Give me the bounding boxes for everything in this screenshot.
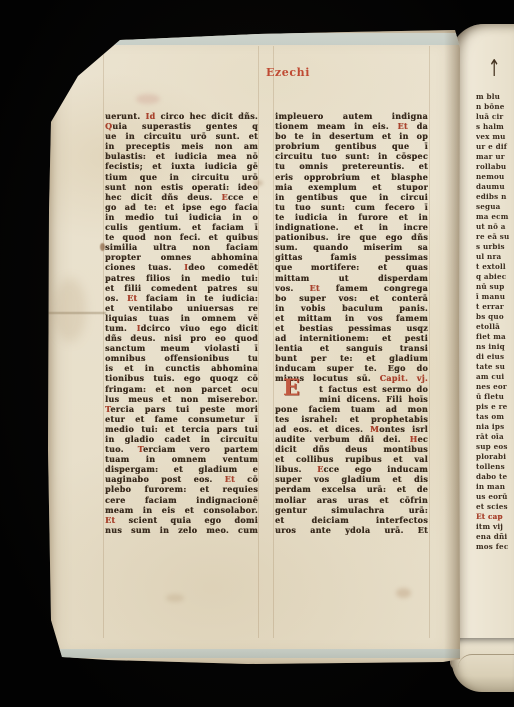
text-segment: cce e [228, 192, 258, 202]
text-segment: circuitu tuo sunt: in cōspec [275, 151, 428, 161]
text-segment: itm vij [476, 522, 503, 531]
text-segment: mini dicens. Fili hoīs [319, 394, 428, 404]
text-line: nes eor [476, 382, 514, 392]
text-line: mia exemplum et stupor [275, 182, 428, 192]
margin-pointer-mark: ↑ [488, 48, 504, 88]
text-segment: te iudicia in furore et in [275, 212, 428, 222]
text-segment: propter omnes abhomina [105, 252, 258, 262]
text-segment: q abiec [476, 272, 506, 281]
text-line: in medio tui iudicia in o [105, 212, 258, 222]
text-segment: mos fec [476, 542, 508, 551]
text-line: ena dñi [476, 532, 514, 542]
text-line: s urbis [476, 242, 514, 252]
text-line: patres filios in medio tui: [105, 273, 258, 283]
text-line: edibs n [476, 192, 514, 202]
text-line: dispergam: et gladium e [105, 464, 258, 474]
text-segment: et ventilabo uniuersas re [105, 303, 258, 313]
text-segment: tionem meam in eis. [275, 121, 398, 131]
stain [396, 588, 411, 598]
text-segment: in gentibus que in circui [275, 192, 428, 202]
text-line: luā cir [476, 112, 514, 122]
text-segment: culis gentium. et faciam ī [105, 222, 258, 232]
text-line: moliar aras uras et cōfrin [275, 495, 428, 505]
text-line: tu tuo sunt: cum fecero ī [275, 202, 428, 212]
text-segment: audite verbum dñi dei. [275, 434, 410, 444]
text-line: te quod non feci. et quibus [105, 232, 258, 242]
text-line: super vos gladium et dis [275, 474, 428, 484]
text-segment: in vobis baculum panis. [275, 303, 428, 313]
text-line: pis e re [476, 402, 514, 412]
text-line: omnibus offensionibus tu [105, 353, 258, 363]
text-segment: fringam: et non parcet ocu [105, 384, 258, 394]
text-line: impleuero autem indigna [275, 111, 428, 121]
text-segment: ī manu [476, 292, 505, 301]
text-line: vos. Et famem congrega [275, 283, 428, 293]
text-line: lus meus et non miserebor. [105, 394, 258, 404]
text-segment: Et [127, 293, 137, 303]
text-line: tu omnis pretereuntis. et [275, 161, 428, 171]
text-line: nemou [476, 172, 514, 182]
text-segment: tum. [105, 323, 137, 333]
text-line: t errar [476, 302, 514, 312]
text-segment: et filii comedent patres su [105, 283, 258, 293]
text-line: re eā su [476, 232, 514, 242]
text-line: rollabu [476, 162, 514, 172]
text-line: plorabi [476, 452, 514, 462]
text-segment: ma ecm [476, 212, 509, 221]
text-segment: nes eor [476, 382, 507, 391]
text-line: n bōne [476, 102, 514, 112]
text-line: bunt per te: et gladium [275, 353, 428, 363]
text-line: ut nō a [476, 222, 514, 232]
text-line: nus sum in zelo meo. cum [105, 525, 258, 535]
text-segment: etur et fame consumetur ī [105, 414, 258, 424]
text-segment: plebo furorem: et requies [105, 484, 258, 494]
text-line: libus. Ecce ego inducam [275, 464, 428, 474]
text-line: itm vij [476, 522, 514, 532]
text-line: tes israhel: et prophetabis [275, 414, 428, 424]
text-segment: fiet ma [476, 332, 506, 341]
text-segment: pis e re [476, 402, 507, 411]
text-line: mittam ut disperdam [275, 273, 428, 283]
text-segment: da [408, 121, 428, 131]
text-line: us eorū [476, 492, 514, 502]
text-segment: ontes isrl [379, 424, 428, 434]
text-line: que mortifere: et quas [275, 262, 428, 272]
text-segment: famem congrega [320, 283, 428, 293]
text-line: ī manu [476, 292, 514, 302]
ruling-line [103, 46, 104, 638]
text-line: eris opprobrium et blasphe [275, 172, 428, 182]
text-line: m blu [476, 92, 514, 102]
text-line: probrium gentibus que ī [275, 141, 428, 151]
text-segment: dabo te [476, 472, 507, 481]
text-segment: cce ego inducam [323, 464, 428, 474]
text-segment: rāt oīa [476, 432, 504, 441]
text-segment: t errar [476, 302, 504, 311]
text-segment: ut nō a [476, 222, 506, 231]
text-segment: os. [105, 293, 127, 303]
text-segment: s urbis [476, 242, 505, 251]
stain [166, 594, 184, 602]
text-segment: tu omnis pretereuntis. et [275, 161, 428, 171]
text-segment: nemou [476, 172, 504, 181]
text-line: dicit dñs deus montibus [275, 444, 428, 454]
text-line: culis gentium. et faciam ī [105, 222, 258, 232]
fold-crease [48, 312, 106, 314]
text-segment: tate su [476, 362, 505, 371]
text-line: ma ecm [476, 212, 514, 222]
text-segment: daumu [476, 182, 505, 191]
text-line: ns iniq [476, 342, 514, 352]
text-line: hec dicit dñs deus. Ecce e [105, 192, 258, 202]
text-segment: mittam ut disperdam [275, 273, 428, 283]
text-line: medio tui: et tercia pars tui [105, 424, 258, 434]
text-segment: etollā [476, 322, 500, 331]
text-segment: ciones tuas. [105, 262, 184, 272]
text-segment: uia superastis gentes q [112, 121, 258, 131]
text-segment: pone faciem tuam ad mon [275, 404, 428, 414]
text-line: propter omnes abhomina [105, 252, 258, 262]
text-segment: medio tui: et tercia pars tui [105, 424, 258, 434]
text-line: mar ur [476, 152, 514, 162]
text-segment: super vos gladium et dis [275, 474, 428, 484]
text-segment: M [370, 424, 379, 434]
text-line: tollens [476, 462, 514, 472]
text-segment: ul nra [476, 252, 501, 261]
text-line: is et in cunctis abhomina [105, 363, 258, 373]
text-segment: omnibus offensionibus tu [105, 353, 258, 363]
text-line: tium que in circuitu urō [105, 172, 258, 182]
text-line: daumu [476, 182, 514, 192]
text-line: nia ips [476, 422, 514, 432]
text-line: bs quo [476, 312, 514, 322]
text-column-left: uerunt. Id circo hec dicit dñs.Quia supe… [105, 111, 258, 535]
page-curl [452, 638, 514, 692]
text-segment: ue in circuitu urō sunt. et [105, 131, 258, 141]
text-line: tuo. Terciam vero partem [105, 444, 258, 454]
text-line: in gladio cadet in circuitu [105, 434, 258, 444]
text-segment: t extoll [476, 262, 506, 271]
text-line: in vobis baculum panis. [275, 303, 428, 313]
text-segment: et collibus rupibus et val [275, 454, 428, 464]
text-line: circuitu tuo sunt: in cōspec [275, 151, 428, 161]
text-segment: lentia et sanguis transi [275, 343, 428, 353]
text-segment: et mittam in vos famem [275, 313, 428, 323]
text-segment: go ad te: et ipse ego facia [105, 202, 258, 212]
text-segment: eris opprobrium et blasphe [275, 172, 428, 182]
text-segment: similia ultra non faciam [105, 242, 258, 252]
text-line: perdam excelsa urā: et de [275, 484, 428, 494]
text-line: tate su [476, 362, 514, 372]
text-segment: di eius [476, 352, 504, 361]
text-segment: Et cap [476, 512, 503, 521]
text-line: tum. Idcirco viuo ego dicit [105, 323, 258, 333]
text-line: fiet ma [476, 332, 514, 342]
text-line: et collibus rupibus et val [275, 454, 428, 464]
text-segment: ad eos. et dices. [275, 424, 370, 434]
text-segment: uaginabo post eos. [105, 474, 225, 484]
text-segment: circo hec dicit dñs. [155, 111, 258, 121]
text-line: plebo furorem: et requies [105, 484, 258, 494]
text-line: tionem meam in eis. Et da [275, 121, 428, 131]
text-segment: in gladio cadet in circuitu [105, 434, 258, 444]
text-segment: vos. [275, 283, 309, 293]
text-line: et ventilabo uniuersas re [105, 303, 258, 313]
text-segment: scient quia ego domi [115, 515, 258, 525]
text-segment: patres filios in medio tui: [105, 273, 258, 283]
text-line: et scies [476, 502, 514, 512]
text-segment: ur e dif [476, 142, 507, 151]
text-line: tuam in omnem ventum [105, 454, 258, 464]
text-line: am cui [476, 372, 514, 382]
text-line: pationibus. ire que ego dñs [275, 232, 428, 242]
text-line: ad eos. et dices. Montes isrl [275, 424, 428, 434]
text-segment: Et [105, 515, 115, 525]
text-line: go ad te: et ipse ego facia [105, 202, 258, 212]
text-segment: Capit. vj. [380, 373, 428, 383]
text-segment: tionibus tuis. ego quoqz cō [105, 373, 258, 383]
text-segment: Id [145, 111, 155, 121]
text-segment: sunt non estis operati: ideo [105, 182, 258, 192]
text-segment: et deiciam interfectos [275, 515, 428, 525]
text-segment: edibs n [476, 192, 507, 201]
text-line: q abiec [476, 272, 514, 282]
text-segment: liquias tuas in omnem vē [105, 313, 258, 323]
text-segment: re eā su [476, 232, 509, 241]
chapter-initial: E [283, 378, 319, 399]
text-line: Et cap [476, 512, 514, 522]
text-line: sunt non estis operati: ideo [105, 182, 258, 192]
text-line: ul nra [476, 252, 514, 262]
text-segment: que mortifere: et quas [275, 262, 428, 272]
text-line: Et scient quia ego domi [105, 515, 258, 525]
text-segment: in medio tui iudicia in o [105, 212, 258, 222]
text-line: mos fec [476, 542, 514, 552]
text-line: liquias tuas in omnem vē [105, 313, 258, 323]
text-column-right: E impleuero autem indignationem meam in … [275, 111, 428, 535]
text-segment: deo comedēt [188, 262, 258, 272]
text-segment: sanctum meum violasti ī [105, 343, 258, 353]
text-line: Quia superastis gentes q [105, 121, 258, 131]
text-segment: bulastis: et iudicia mea nō [105, 151, 258, 161]
text-line: fecistis; et iuxta iudicia gē [105, 161, 258, 171]
text-segment: et bestias pessimas usqz [275, 323, 428, 333]
text-segment: Et [225, 474, 235, 484]
text-line: dñs deus. nisi pro eo quod [105, 333, 258, 343]
page-top-edge [94, 33, 460, 45]
text-line: fringam: et non parcet ocu [105, 384, 258, 394]
text-line: ū fletu [476, 392, 514, 402]
text-line: uaginabo post eos. Et cō [105, 474, 258, 484]
text-line: s halm [476, 122, 514, 132]
text-segment: m blu [476, 92, 500, 101]
text-line: cere faciam indignacionē [105, 495, 258, 505]
running-title: Ezechi [244, 66, 332, 80]
text-segment: sum. quando miserim sa [275, 242, 428, 252]
text-line: ciones tuas. Ideo comedēt [105, 262, 258, 272]
text-line: gentur simulachra urā: [275, 505, 428, 515]
text-line: tionibus tuis. ego quoqz cō [105, 373, 258, 383]
manuscript-page: Ezechi uerunt. Id circo hec dicit dñs.Qu… [48, 30, 460, 664]
text-line: audite verbum dñi dei. Hec [275, 434, 428, 444]
text-segment: gentur simulachra urā: [275, 505, 428, 515]
text-line: os. Et faciam in te iudicia: [105, 293, 258, 303]
text-segment: t factus est sermo do [319, 384, 428, 394]
text-segment: ad internitionem: et pesti [275, 333, 428, 343]
text-segment: uros ante ydola urā. Et [275, 525, 428, 535]
text-segment: fecistis; et iuxta iudicia gē [105, 161, 258, 171]
text-segment: Et [309, 283, 319, 293]
next-page-text-fragments: m blun bōneluā cirs halmvex muur e difma… [476, 92, 514, 588]
text-segment: dispergam: et gladium e [105, 464, 258, 474]
text-segment: inducam super te. Ego do [275, 363, 428, 373]
text-line: indignatione. et in incre [275, 222, 428, 232]
page-curl-edge-line [458, 654, 514, 677]
text-segment: ercia pars tui peste mori [110, 404, 258, 414]
text-segment: bo super vos: et conterā [275, 293, 428, 303]
text-segment: erciam vero partem [143, 444, 258, 454]
page-bottom-edge [56, 649, 460, 658]
text-line: sanctum meum violasti ī [105, 343, 258, 353]
text-line: bo super vos: et conterā [275, 293, 428, 303]
text-segment: bunt per te: et gladium [275, 353, 428, 363]
text-segment: rollabu [476, 162, 506, 171]
text-line: lentia et sanguis transi [275, 343, 428, 353]
text-line: gittas famis pessimas [275, 252, 428, 262]
text-segment: faciam in te iudicia: [137, 293, 258, 303]
text-segment: et scies [476, 502, 508, 511]
text-line: meam in eis et consolabor. [105, 505, 258, 515]
text-segment: ū fletu [476, 392, 504, 401]
text-line: Tercia pars tui peste mori [105, 404, 258, 414]
text-segment: nus sum in zelo meo. cum [105, 525, 258, 535]
text-segment: hec dicit dñs deus. [105, 192, 221, 202]
text-segment: cere faciam indignacionē [105, 495, 258, 505]
text-segment: gittas famis pessimas [275, 252, 428, 262]
text-line: bo te in desertum et in op [275, 131, 428, 141]
text-segment: meam in eis et consolabor. [105, 505, 258, 515]
text-segment: n bōne [476, 102, 505, 111]
text-line: vex mu [476, 132, 514, 142]
text-segment: ns iniq [476, 342, 505, 351]
text-segment: cō [235, 474, 258, 484]
text-segment: tu tuo sunt: cum fecero ī [275, 202, 428, 212]
text-segment: nū sup [476, 282, 504, 291]
text-line: in man [476, 482, 514, 492]
text-segment: is et in cunctis abhomina [105, 363, 258, 373]
text-segment: tuo. [105, 444, 138, 454]
text-line: et filii comedent patres su [105, 283, 258, 293]
text-segment: tas om [476, 412, 504, 421]
text-segment: uerunt. [105, 111, 145, 121]
text-line: rāt oīa [476, 432, 514, 442]
text-segment: impleuero autem indigna [275, 111, 428, 121]
ruling-line [258, 46, 259, 638]
text-segment: tes israhel: et prophetabis [275, 414, 428, 424]
text-segment: in man [476, 482, 505, 491]
text-line: in gentibus que in circui [275, 192, 428, 202]
stain [136, 94, 160, 104]
text-line: nū sup [476, 282, 514, 292]
text-segment: nia ips [476, 422, 504, 431]
gutter-shadow [444, 30, 460, 664]
text-line: segua [476, 202, 514, 212]
text-line: etur et fame consumetur ī [105, 414, 258, 424]
text-segment: dicit dñs deus montibus [275, 444, 428, 454]
text-line: uros ante ydola urā. Et [275, 525, 428, 535]
text-line: tas om [476, 412, 514, 422]
text-line: sup eos [476, 442, 514, 452]
text-segment: mar ur [476, 152, 505, 161]
text-segment: lus meus et non miserebor. [105, 394, 258, 404]
text-segment: te quod non feci. et quibus [105, 232, 258, 242]
photo-background: ↑ m blun bōneluā cirs halmvex muur e dif… [0, 0, 514, 707]
text-segment: tium que in circuitu urō [105, 172, 258, 182]
text-segment: luā cir [476, 112, 503, 121]
text-line: uerunt. Id circo hec dicit dñs. [105, 111, 258, 121]
text-segment: mia exemplum et stupor [275, 182, 428, 192]
text-segment: tollens [476, 462, 505, 471]
text-segment: sup eos [476, 442, 508, 451]
text-segment: am cui [476, 372, 504, 381]
text-line: ue in circuitu urō sunt. et [105, 131, 258, 141]
text-line: et deiciam interfectos [275, 515, 428, 525]
text-segment: perdam excelsa urā: et de [275, 484, 428, 494]
text-line: et mittam in vos famem [275, 313, 428, 323]
text-segment: Et [398, 121, 408, 131]
text-line: dabo te [476, 472, 514, 482]
text-line: et bestias pessimas usqz [275, 323, 428, 333]
text-segment: plorabi [476, 452, 506, 461]
ruling-line [273, 46, 274, 638]
text-line: te iudicia in furore et in [275, 212, 428, 222]
text-line: di eius [476, 352, 514, 362]
text-segment: ena dñi [476, 532, 507, 541]
text-segment: segua [476, 202, 501, 211]
text-line: ad internitionem: et pesti [275, 333, 428, 343]
text-segment: ec [417, 434, 428, 444]
text-segment: pationibus. ire que ego dñs [275, 232, 428, 242]
text-segment: vex mu [476, 132, 506, 141]
text-segment: in preceptis meis non am [105, 141, 258, 151]
text-segment: dcirco viuo ego dicit [141, 323, 258, 333]
text-segment: moliar aras uras et cōfrin [275, 495, 428, 505]
stain [54, 278, 86, 342]
text-line: sum. quando miserim sa [275, 242, 428, 252]
text-segment: probrium gentibus que ī [275, 141, 428, 151]
text-segment: dñs deus. nisi pro eo quod [105, 333, 258, 343]
text-segment: indignatione. et in incre [275, 222, 428, 232]
text-segment: bs quo [476, 312, 504, 321]
text-segment: us eorū [476, 492, 508, 501]
text-line: in preceptis meis non am [105, 141, 258, 151]
text-segment: bo te in desertum et in op [275, 131, 428, 141]
text-segment: libus. [275, 464, 317, 474]
text-segment: s halm [476, 122, 504, 131]
text-line: t extoll [476, 262, 514, 272]
text-line: bulastis: et iudicia mea nō [105, 151, 258, 161]
text-segment: tuam in omnem ventum [105, 454, 258, 464]
ruling-line [429, 46, 430, 638]
text-line: ur e dif [476, 142, 514, 152]
text-line: pone faciem tuam ad mon [275, 404, 428, 414]
text-line: inducam super te. Ego do [275, 363, 428, 373]
text-line: similia ultra non faciam [105, 242, 258, 252]
text-line: etollā [476, 322, 514, 332]
